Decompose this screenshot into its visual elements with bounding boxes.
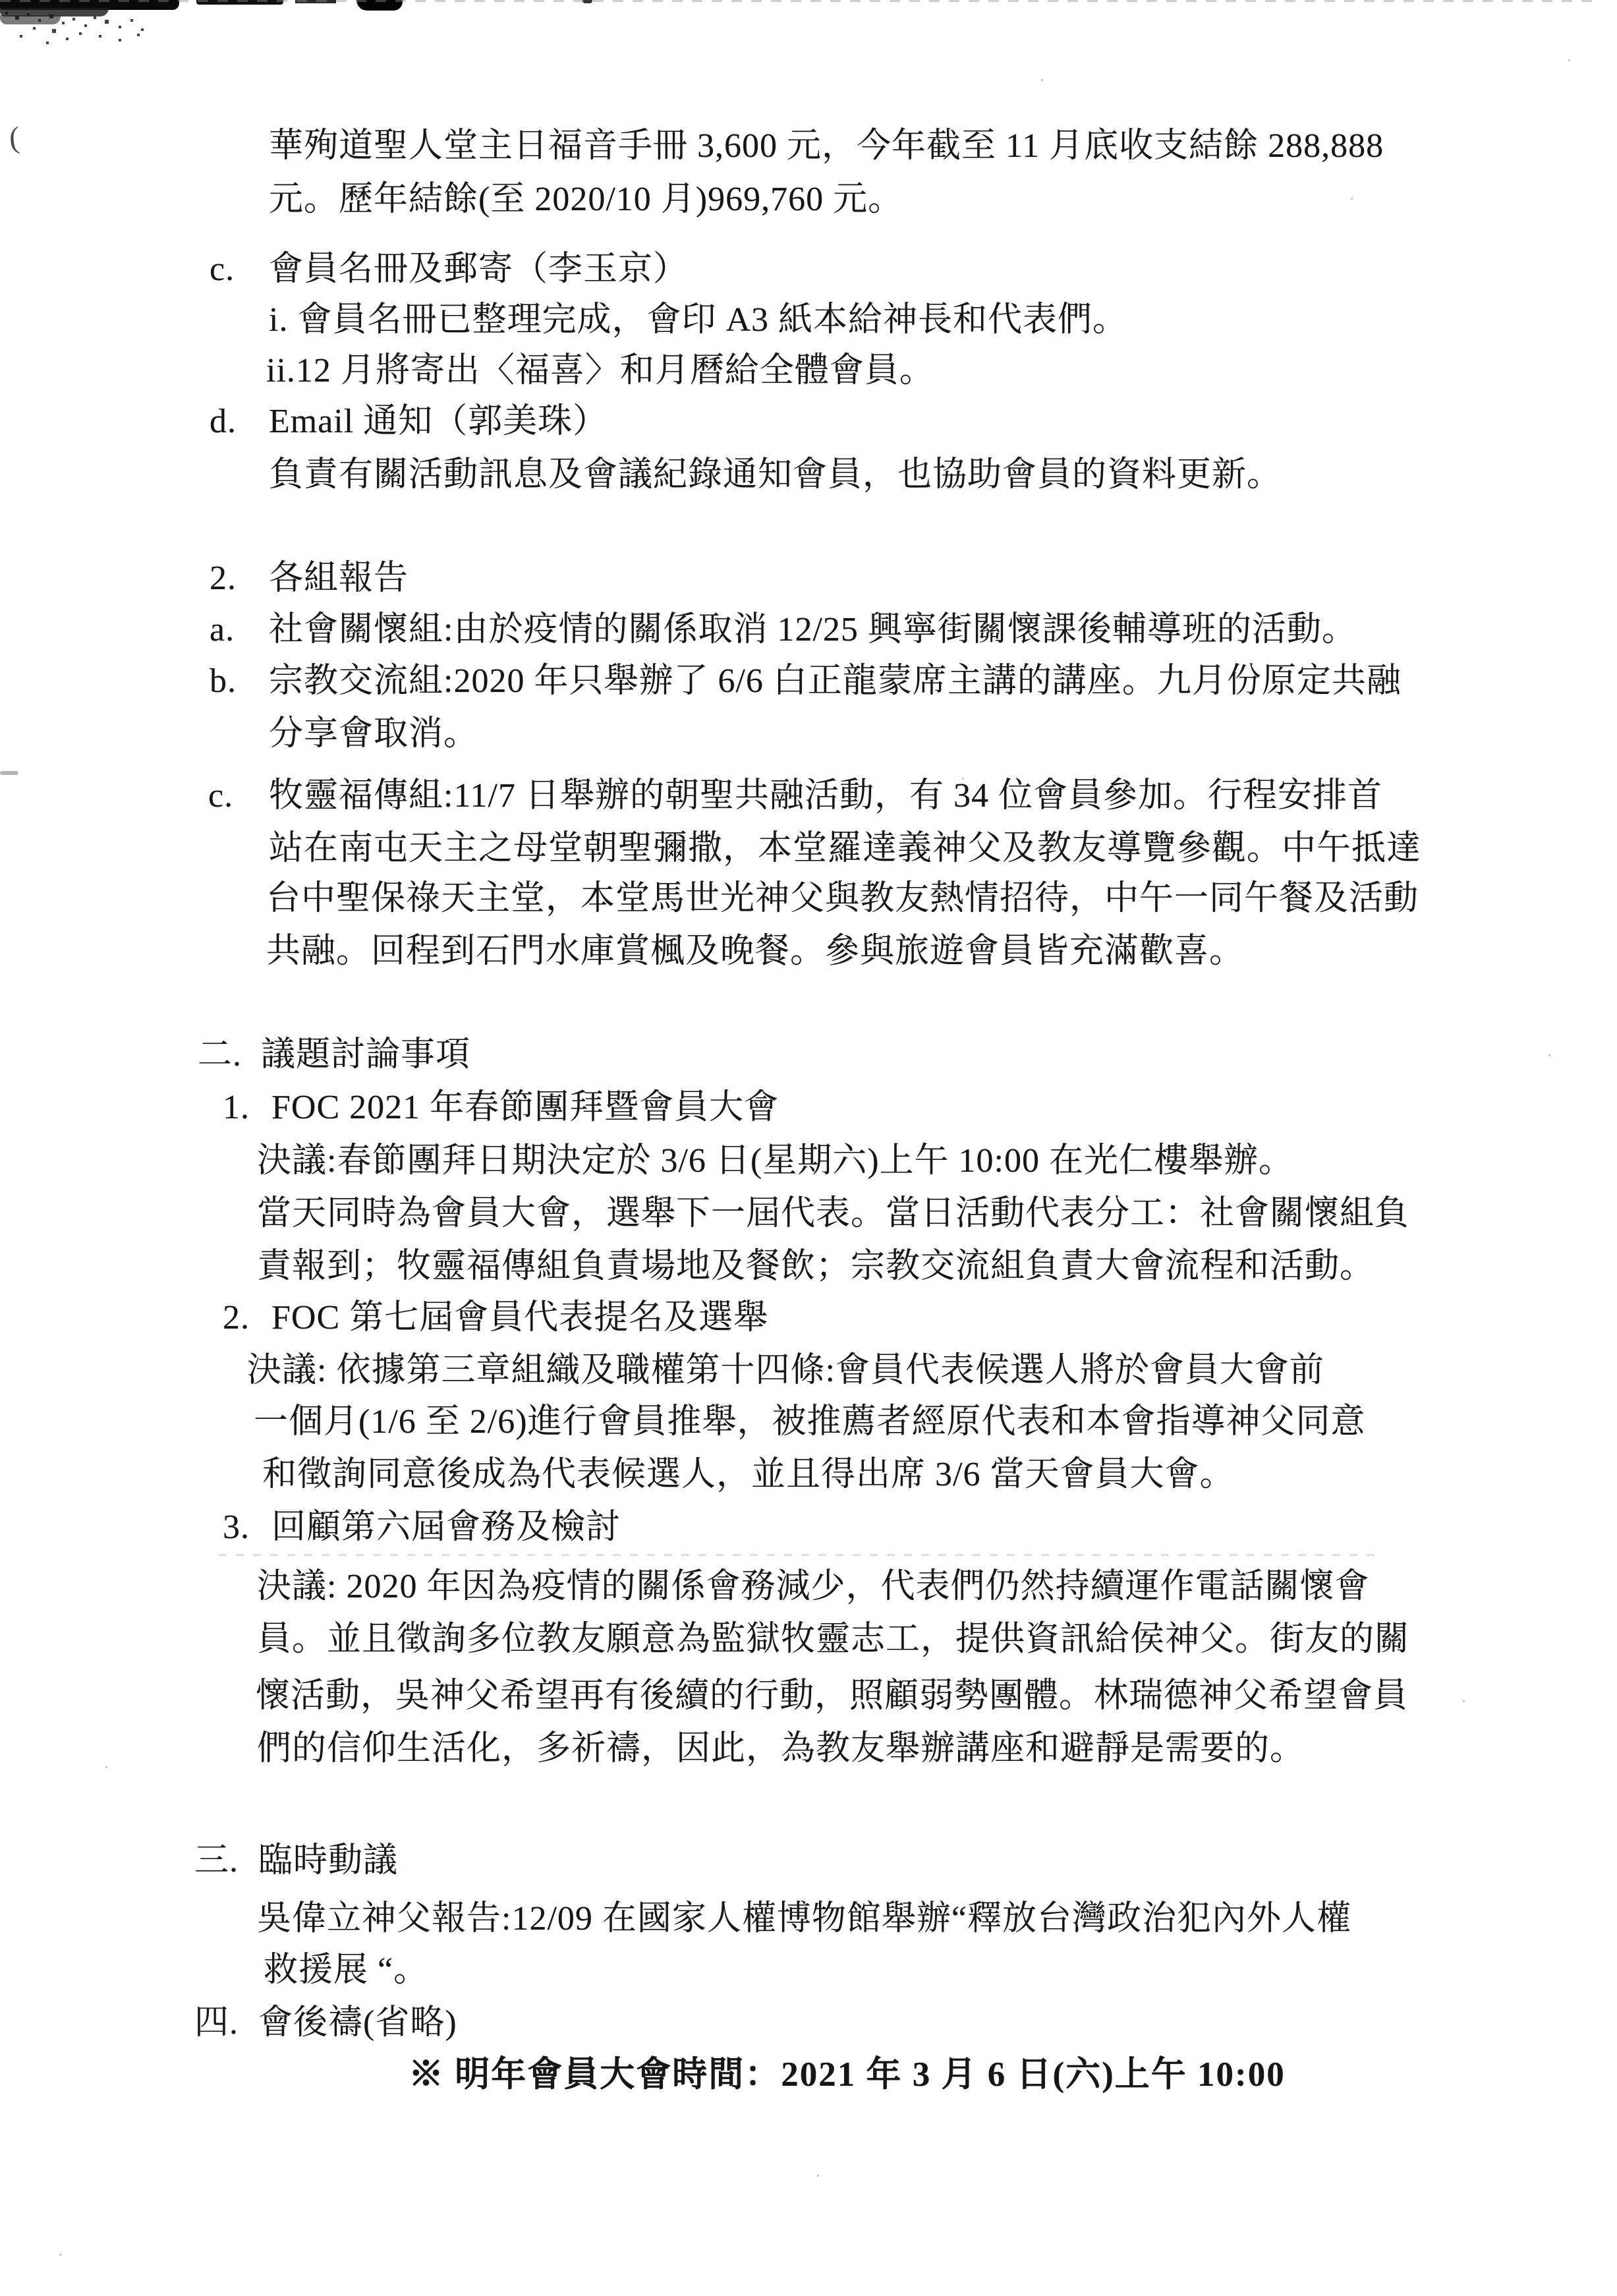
text-line: 2.FOC 第七屆會員代表提名及選舉 xyxy=(223,1298,768,1338)
text-line: 們的信仰生活化，多祈禱，因此，為教友舉辦講座和避靜是需要的。 xyxy=(257,1729,1305,1769)
line-text: 會後禱(省略) xyxy=(258,2004,457,2042)
scanned-document-page: ( 華殉道聖人堂主日福音手冊 3,600 元，今年截至 11 月底收支結餘 28… xyxy=(0,0,1617,2296)
line-text: 分享會取消。 xyxy=(269,715,478,753)
line-text: FOC 2021 年春節團拜暨會員大會 xyxy=(271,1089,779,1126)
line-text: 們的信仰生活化，多祈禱，因此，為教友舉辦講座和避靜是需要的。 xyxy=(257,1730,1305,1767)
line-text: 元。歷年結餘(至 2020/10 月)969,760 元。 xyxy=(269,181,903,218)
line-text: 臨時動議 xyxy=(258,1842,398,1880)
line-text: ※ 明年會員大會時間：2021 年 3 月 6 日(六)上午 10:00 xyxy=(409,2055,1286,2094)
list-marker: a. xyxy=(210,610,269,650)
line-text: 回顧第六屆會務及檢討 xyxy=(271,1508,621,1546)
text-line: a.社會關懷組:由於疫情的關係取消 12/25 興寧街關懷課後輔導班的活動。 xyxy=(210,610,1357,650)
line-text: 會員名冊及郵寄（李玉京） xyxy=(269,250,688,288)
text-line: 元。歷年結餘(至 2020/10 月)969,760 元。 xyxy=(269,179,903,220)
scan-edge-dash xyxy=(0,771,18,775)
line-text: 和徵詢同意後成為代表候選人，並且得出席 3/6 當天會員大會。 xyxy=(262,1456,1234,1493)
scan-line-artifact xyxy=(0,0,1595,2)
text-line: 責報到；牧靈福傳組負責場地及餐飲；宗教交流組負責大會流程和活動。 xyxy=(257,1246,1375,1287)
line-text: 吳偉立神父報告:12/09 在國家人權博物館舉辦“釋放台灣政治犯內外人權 xyxy=(257,1900,1351,1937)
line-text: 一個月(1/6 至 2/6)進行會員推舉，被推薦者經原代表和本會指導神父同意 xyxy=(254,1403,1366,1441)
text-line: 懷活動，吳神父希望再有後續的行動，照顧弱勢團體。林瑞德神父希望會員 xyxy=(256,1676,1408,1717)
line-text: 議題討論事項 xyxy=(261,1036,470,1074)
text-line: 吳偉立神父報告:12/09 在國家人權博物館舉辦“釋放台灣政治犯內外人權 xyxy=(257,1899,1351,1939)
line-text: Email 通知（郭美珠） xyxy=(269,403,608,440)
scan-line-artifact xyxy=(219,1554,1378,1556)
list-marker: 四. xyxy=(194,2003,258,2044)
text-line: 2.各組報告 xyxy=(210,558,409,599)
text-line: 和徵詢同意後成為代表候選人，並且得出席 3/6 當天會員大會。 xyxy=(262,1454,1234,1495)
text-line: 決議: 2020 年因為疫情的關係會務減少，代表們仍然持續運作電話關懷會 xyxy=(257,1566,1369,1607)
text-line: c.會員名冊及郵寄（李玉京） xyxy=(210,249,688,290)
line-text: ii.12 月將寄出〈福喜〉和月曆給全體會員。 xyxy=(266,352,934,389)
line-text: 站在南屯天主之母堂朝聖彌撒，本堂羅達義神父及教友導覽參觀。中午抵達 xyxy=(269,830,1421,867)
list-marker: d. xyxy=(210,401,269,442)
line-text: 負責有關活動訊息及會議紀錄通知會員，也協助會員的資料更新。 xyxy=(269,456,1282,494)
text-line: b.宗教交流組:2020 年只舉辦了 6/6 白正龍蒙席主講的講座。九月份原定共… xyxy=(210,661,1402,702)
line-text: 救援展 “。 xyxy=(264,1951,428,1989)
text-line: 二.議題討論事項 xyxy=(198,1035,470,1076)
text-line: 台中聖保祿天主堂，本堂馬世光神父與教友熱情招待，中午一同午餐及活動 xyxy=(266,878,1419,919)
text-line: 四.會後禱(省略) xyxy=(194,2003,457,2044)
line-text: 牧靈福傳組:11/7 日舉辦的朝聖共融活動，有 34 位會員參加。行程安排首 xyxy=(269,777,1382,815)
line-text: 台中聖保祿天主堂，本堂馬世光神父與教友熱情招待，中午一同午餐及活動 xyxy=(266,880,1419,917)
scan-dust-specks xyxy=(1041,79,1043,81)
list-marker: c. xyxy=(210,249,269,290)
text-line: i. 會員名冊已整理完成，會印 A3 紙本給神長和代表們。 xyxy=(269,300,1127,341)
list-marker: 3. xyxy=(223,1507,271,1548)
line-text: 當天同時為會員大會，選舉下一屆代表。當日活動代表分工：社會關懷組負 xyxy=(257,1195,1409,1232)
line-text: i. 會員名冊已整理完成，會印 A3 紙本給神長和代表們。 xyxy=(269,301,1127,339)
list-marker: c. xyxy=(208,776,269,817)
scan-smudge-band xyxy=(0,15,61,24)
list-marker: 二. xyxy=(198,1035,261,1076)
line-text: 共融。回程到石門水庫賞楓及晚餐。參與旅遊會員皆充滿歡喜。 xyxy=(266,933,1244,970)
text-line: 救援展 “。 xyxy=(264,1950,428,1991)
line-text: 懷活動，吳神父希望再有後續的行動，照顧弱勢團體。林瑞德神父希望會員 xyxy=(256,1677,1408,1715)
line-text: 宗教交流組:2020 年只舉辦了 6/6 白正龍蒙席主講的講座。九月份原定共融 xyxy=(269,662,1402,700)
text-line: 3.回顧第六屆會務及檢討 xyxy=(223,1507,621,1548)
line-text: 決議:春節團拜日期決定於 3/6 日(星期六)上午 10:00 在光仁樓舉辦。 xyxy=(257,1142,1293,1180)
text-line: 共融。回程到石門水庫賞楓及晚餐。參與旅遊會員皆充滿歡喜。 xyxy=(266,931,1244,972)
stray-paren-mark: ( xyxy=(8,120,20,156)
text-line: 一個月(1/6 至 2/6)進行會員推舉，被推薦者經原代表和本會指導神父同意 xyxy=(254,1402,1366,1443)
line-text: 決議: 依據第三章組織及職權第十四條:會員代表候選人將於會員大會前 xyxy=(247,1352,1324,1389)
text-line: 華殉道聖人堂主日福音手冊 3,600 元，今年截至 11 月底收支結餘 288,… xyxy=(269,126,1384,167)
line-text: 決議: 2020 年因為疫情的關係會務減少，代表們仍然持續運作電話關懷會 xyxy=(257,1568,1369,1605)
text-line: 1.FOC 2021 年春節團拜暨會員大會 xyxy=(223,1087,779,1128)
text-line: 三.臨時動議 xyxy=(194,1841,398,1881)
list-marker: 1. xyxy=(223,1087,271,1128)
line-text: 社會關懷組:由於疫情的關係取消 12/25 興寧街關懷課後輔導班的活動。 xyxy=(269,611,1357,648)
scan-speckle-noise xyxy=(5,12,8,14)
line-text: 責報到；牧靈福傳組負責場地及餐飲；宗教交流組負責大會流程和活動。 xyxy=(257,1248,1375,1285)
line-text: 各組報告 xyxy=(269,560,409,597)
text-line: c.牧靈福傳組:11/7 日舉辦的朝聖共融活動，有 34 位會員參加。行程安排首 xyxy=(208,776,1382,817)
text-line: 員。並且徵詢多位教友願意為監獄牧靈志工，提供資訊給侯神父。街友的關 xyxy=(257,1619,1409,1660)
line-text: 員。並且徵詢多位教友願意為監獄牧靈志工，提供資訊給侯神父。街友的關 xyxy=(257,1621,1409,1658)
text-line: 當天同時為會員大會，選舉下一屆代表。當日活動代表分工：社會關懷組負 xyxy=(257,1193,1409,1234)
list-marker: b. xyxy=(210,661,269,702)
text-line: ii.12 月將寄出〈福喜〉和月曆給全體會員。 xyxy=(266,351,934,391)
text-line: ※ 明年會員大會時間：2021 年 3 月 6 日(六)上午 10:00 xyxy=(409,2054,1286,2095)
line-text: 華殉道聖人堂主日福音手冊 3,600 元，今年截至 11 月底收支結餘 288,… xyxy=(269,127,1384,165)
text-line: 決議: 依據第三章組織及職權第十四條:會員代表候選人將於會員大會前 xyxy=(247,1350,1324,1391)
list-marker: 2. xyxy=(223,1298,271,1338)
text-line: 負責有關活動訊息及會議紀錄通知會員，也協助會員的資料更新。 xyxy=(269,455,1282,496)
text-line: 決議:春節團拜日期決定於 3/6 日(星期六)上午 10:00 在光仁樓舉辦。 xyxy=(257,1141,1293,1182)
text-line: 分享會取消。 xyxy=(269,714,478,755)
line-text: FOC 第七屆會員代表提名及選舉 xyxy=(271,1299,768,1336)
text-line: 站在南屯天主之母堂朝聖彌撒，本堂羅達義神父及教友導覽參觀。中午抵達 xyxy=(269,828,1421,869)
list-marker: 三. xyxy=(194,1841,258,1881)
text-line: d.Email 通知（郭美珠） xyxy=(210,401,608,442)
list-marker: 2. xyxy=(210,558,269,599)
